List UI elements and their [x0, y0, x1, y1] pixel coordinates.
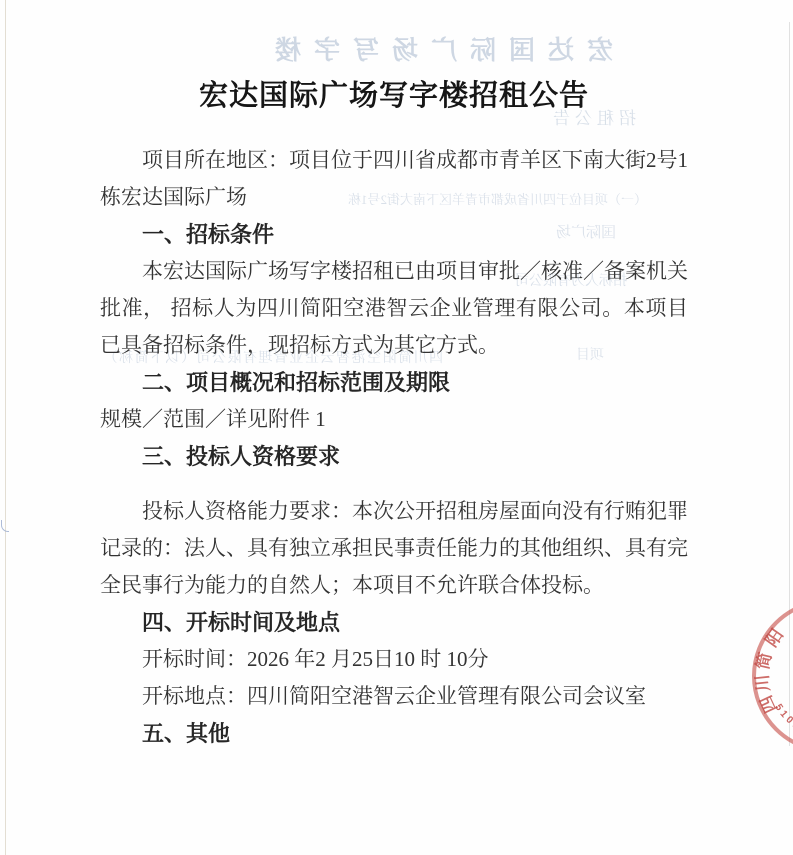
ghost-bleedthrough-title: 宏达国际广场写字楼: [262, 30, 613, 67]
section-3-heading: 三、投标人资格要求: [100, 438, 688, 475]
seal-arc-char: 阳: [761, 624, 789, 652]
section-2-heading: 二、项目概况和招标范围及期限: [100, 364, 688, 401]
seal-arc-char: 四: [756, 691, 783, 718]
document-title: 宏达国际广场写字楼招租公告: [100, 76, 688, 116]
section-5-heading: 五、其他: [100, 715, 688, 752]
section-bid-opening: 四、开标时间及地点 开标时间：2026 年2 月25日10 时 10分 开标地点…: [100, 604, 688, 715]
scan-fold-line-left: [5, 0, 6, 855]
seal-arc-char: 川: [752, 672, 774, 694]
seal-code-digit: 5: [764, 694, 792, 722]
section-bidder-qualifications: 三、投标人资格要求 投标人资格能力要求：本次公开招租房屋面向没有行贿犯罪记录的：…: [100, 438, 688, 604]
section-2-paragraph: 规模／范围／详见附件 1: [100, 401, 688, 438]
stray-ink-mark: [1, 520, 9, 532]
bid-opening-time: 开标时间：2026 年2 月25日10 时 10分: [100, 641, 688, 678]
section-3-paragraph: 投标人资格能力要求：本次公开招租房屋面向没有行贿犯罪记录的：法人、具有独立承担民…: [100, 493, 688, 604]
document-body: 宏达国际广场写字楼招租公告 项目所在地区：项目位于四川省成都市青羊区下南大街2号…: [100, 76, 688, 752]
scan-fold-line-right: [789, 22, 790, 746]
section-bidding-conditions: 一、招标条件 本宏达国际广场写字楼招租已由项目审批／核准／备案机关批准， 招标人…: [100, 216, 688, 364]
seal-ring: [752, 599, 793, 753]
section-4-heading: 四、开标时间及地点: [100, 604, 688, 641]
section-1-paragraph: 本宏达国际广场写字楼招租已由项目审批／核准／备案机关批准， 招标人为四川简阳空港…: [100, 253, 688, 364]
intro-paragraph: 项目所在地区：项目位于四川省成都市青羊区下南大街2号1栋宏达国际广场: [100, 142, 688, 216]
scanned-document-page: 宏达国际广场写字楼 招租公告 （一）项目位于四川省成都市青羊区下南大街2号1栋 …: [0, 0, 793, 855]
official-seal: 四 川 简 阳 5 1 0 1: [752, 599, 793, 753]
seal-code-digit: 1: [782, 712, 793, 740]
section-project-overview: 二、项目概况和招标范围及期限 规模／范围／详见附件 1: [100, 364, 688, 438]
seal-arc-char: 简: [753, 649, 777, 673]
bid-opening-location: 开标地点：四川简阳空港智云企业管理有限公司会议室: [100, 678, 688, 715]
section-1-heading: 一、招标条件: [100, 216, 688, 253]
section-other: 五、其他: [100, 715, 688, 752]
seal-code-digit: 0: [775, 706, 793, 734]
